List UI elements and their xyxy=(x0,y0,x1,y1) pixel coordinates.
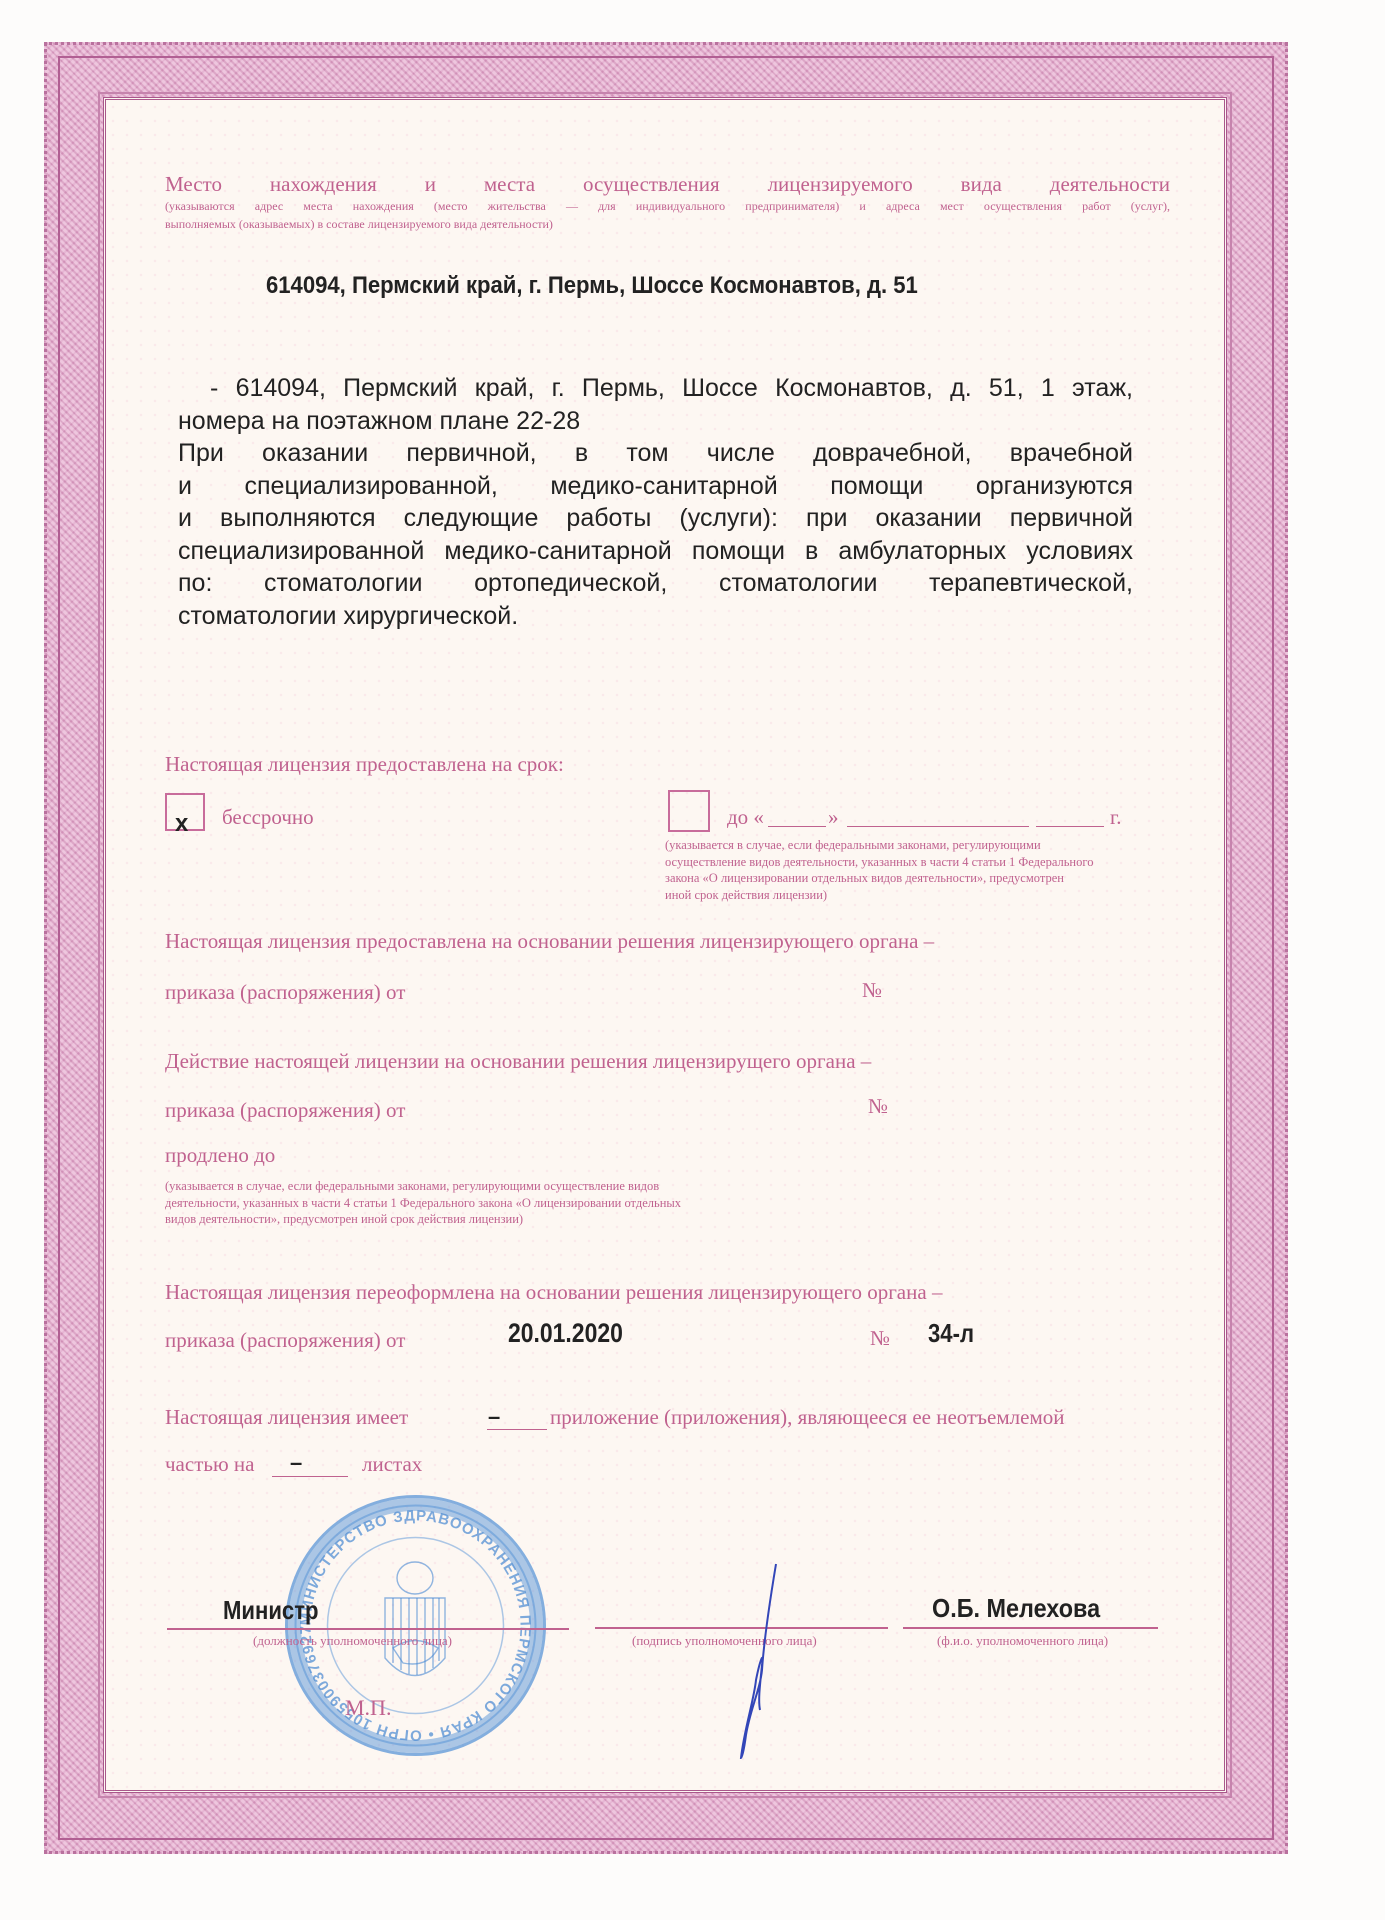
check-mark: x xyxy=(175,810,188,838)
option-unlimited-label: бессрочно xyxy=(222,805,314,830)
name-line xyxy=(903,1627,1158,1629)
position-line xyxy=(167,1628,569,1630)
term-note-line: (указывается в случае, если федеральными… xyxy=(665,837,1175,854)
extension-note-line: видов деятельности», предусмотрен иной с… xyxy=(165,1211,845,1228)
activity-line: - 614094, Пермский край, г. Пермь, Шоссе… xyxy=(178,372,1133,405)
extension-number-label: № xyxy=(868,1094,888,1119)
extension-note-line: деятельности, указанных в части 4 статьи… xyxy=(165,1195,845,1212)
svg-text:МИНИСТЕРСТВО ЗДРАВООХРАНЕНИЯ П: МИНИСТЕРСТВО ЗДРАВООХРАНЕНИЯ ПЕРМСКОГО К… xyxy=(288,1498,534,1744)
extension-order-label: приказа (распоряжения) от xyxy=(165,1098,405,1123)
reissue-order-number: 34-л xyxy=(928,1318,974,1349)
activity-line: по: стоматологии ортопедической, стомато… xyxy=(178,567,1133,600)
position-caption: (должность уполномоченного лица) xyxy=(253,1633,452,1649)
until-day-field[interactable] xyxy=(768,826,826,827)
appendix-sheets-prefix: частью на xyxy=(165,1452,254,1477)
reissue-order-label: приказа (распоряжения) от xyxy=(165,1328,405,1353)
activity-line: номера на поэтажном плане 22-28 xyxy=(178,405,1133,438)
activity-paragraph: - 614094, Пермский край, г. Пермь, Шоссе… xyxy=(178,372,1133,632)
name-caption: (ф.и.о. уполномоченного лица) xyxy=(937,1633,1108,1649)
term-note: (указывается в случае, если федеральными… xyxy=(665,837,1175,903)
appendix-count: – xyxy=(488,1404,500,1430)
until-year-field[interactable] xyxy=(1036,826,1104,827)
option-until-suffix: г. xyxy=(1110,805,1122,830)
term-label: Настоящая лицензия предоставлена на срок… xyxy=(165,752,564,777)
appendix-sheets-field xyxy=(272,1476,348,1477)
signatory-position: Министр xyxy=(223,1595,319,1626)
appendix-sheets: – xyxy=(290,1450,302,1476)
activity-line: При оказании первичной, в том числе довр… xyxy=(178,437,1133,470)
grant-order-label: приказа (распоряжения) от xyxy=(165,980,405,1005)
activity-line: и выполняются следующие работы (услуги):… xyxy=(178,502,1133,535)
main-address: 614094, Пермский край, г. Пермь, Шоссе К… xyxy=(266,272,918,300)
activity-line: специализированной медико-санитарной пом… xyxy=(178,535,1133,568)
handwritten-signature-icon xyxy=(720,1560,810,1760)
official-stamp: МИНИСТЕРСТВО ЗДРАВООХРАНЕНИЯ ПЕРМСКОГО К… xyxy=(285,1495,546,1756)
stamp-emblem-icon: МИНИСТЕРСТВО ЗДРАВООХРАНЕНИЯ ПЕРМСКОГО К… xyxy=(288,1498,543,1753)
signatory-name: О.Б. Мелехова xyxy=(932,1593,1100,1624)
appendix-label-start: Настоящая лицензия имеет xyxy=(165,1405,408,1430)
activity-line: и специализированной, медико-санитарной … xyxy=(178,470,1133,503)
seal-label: М.П. xyxy=(345,1695,391,1721)
option-until-close: » xyxy=(828,805,839,830)
activity-line: стоматологии хирургической. xyxy=(178,600,1133,633)
extension-label: Действие настоящей лицензии на основании… xyxy=(165,1049,871,1074)
term-note-line: осуществление видов деятельности, указан… xyxy=(665,854,1175,871)
location-note-line1: (указываются адрес места нахождения (мес… xyxy=(165,198,1170,214)
option-until-prefix: до « xyxy=(727,805,764,830)
term-note-line: закона «О лицензировании отдельных видов… xyxy=(665,870,1175,887)
reissue-order-date: 20.01.2020 xyxy=(508,1318,623,1349)
term-note-line: иной срок действия лицензии) xyxy=(665,887,1175,904)
location-note-line2: выполняемых (оказываемых) в составе лице… xyxy=(165,216,553,232)
section-title-location: Место нахождения и места осуществления л… xyxy=(165,172,1170,197)
reissue-label: Настоящая лицензия переоформлена на осно… xyxy=(165,1280,942,1305)
extension-note-line: (указывается в случае, если федеральными… xyxy=(165,1178,845,1195)
reissue-number-label: № xyxy=(870,1326,890,1351)
appendix-label-mid: приложение (приложения), являющееся ее н… xyxy=(550,1405,1064,1430)
until-month-field[interactable] xyxy=(847,826,1029,827)
appendix-sheets-suffix: листах xyxy=(362,1452,422,1477)
checkbox-until-date[interactable] xyxy=(668,790,710,832)
grant-number-label: № xyxy=(862,978,882,1003)
extended-until-label: продлено до xyxy=(165,1143,275,1168)
grant-basis-label: Настоящая лицензия предоставлена на осно… xyxy=(165,929,934,954)
extension-note: (указывается в случае, если федеральными… xyxy=(165,1178,845,1228)
